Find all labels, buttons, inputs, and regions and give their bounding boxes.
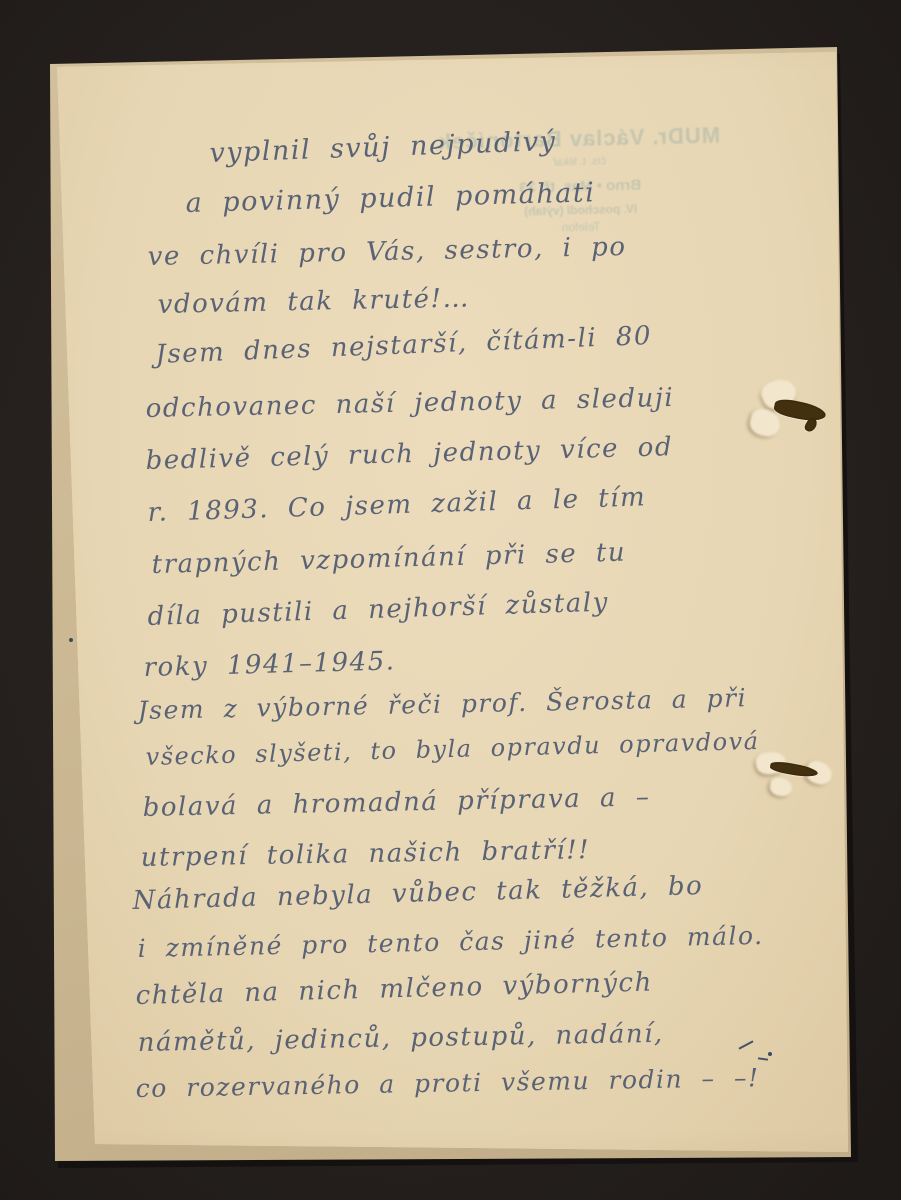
- torn-hole-lower: [748, 748, 840, 806]
- paper-speck: [69, 638, 73, 642]
- handwriting-line: vdovám tak kruté!…: [157, 285, 470, 318]
- handwriting-line: utrpení tolika našich bratří!!: [141, 837, 591, 871]
- letter-photo: MUDr. Václav Bartoníček čís. t. lékař Br…: [0, 0, 901, 1200]
- handwriting-line: roky 1941–1945.: [143, 648, 395, 681]
- torn-hole-upper: [748, 378, 838, 453]
- ink-speck: [768, 1052, 772, 1056]
